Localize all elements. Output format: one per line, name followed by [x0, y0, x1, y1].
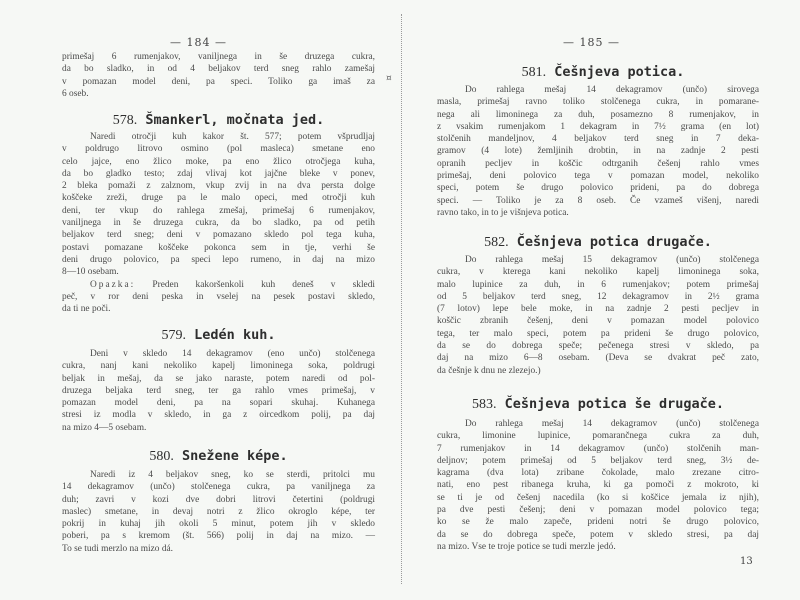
text-line: na mizo 4—5 osebam. [62, 422, 375, 434]
text-line: stolčenih mandeljnov, 4 beljakov terd sn… [437, 133, 759, 145]
signature-mark: 13 [740, 556, 753, 567]
text-line: tega, ter malo speci, potem pa prideni š… [437, 328, 759, 340]
text-line: cukra, v kterega kani nekoliko kapelj li… [437, 266, 759, 278]
text-line: pomazan model deni, pa na sopari skuhaj.… [62, 397, 375, 409]
text-line: To se tudi merzlo na mizo dá. [62, 543, 375, 555]
text-line: Naredi iz 4 beljakov sneg, ko se sterdi,… [62, 469, 375, 481]
recipe-heading-581: 581. Češnjeva potica. [443, 64, 763, 81]
text-line: deni drugo polovico, pa speci lepo rumen… [62, 254, 375, 266]
margin-mark: ¤ [386, 74, 392, 84]
text-line: opranih pecljev in koščic odtrganih češe… [437, 158, 759, 170]
text-line: 6 oseb. [62, 88, 375, 100]
text-line: 7 rumenjakov in 14 dekagramov (unčo) sto… [437, 443, 759, 455]
text-line: (7 lotov) lepe bele moke, in na zadnje 2… [437, 303, 759, 315]
page-gutter-divider [401, 14, 402, 584]
text-line: da bo gladko testo; zdaj vlivaj kot jajč… [62, 168, 375, 180]
recipe-heading-582: 582. Češnjeva potica drugače. [437, 234, 759, 251]
recipe-number: 581. [522, 65, 547, 80]
text-line: od 5 beljakov terd sneg, 12 dekagramov i… [437, 291, 759, 303]
text-line: da bo sladko, in od 4 beljakov terd sneg… [62, 63, 375, 75]
text-line: 14 dekagramov (unčo) stolčenega cukra, p… [62, 481, 375, 493]
note-label: Opazka: [90, 280, 135, 290]
intro-paragraph: primešaj 6 rumenjakov, vaniljnega in še … [62, 51, 375, 100]
text-line: Do rahlega mešaj 14 dekagramov (unčo) st… [437, 418, 759, 430]
text-line: daj na mizo 6—8 osebam. (Deva se dvakrat… [437, 352, 759, 364]
text-line: v pomazan model deni, pa speci. Toliko g… [62, 76, 375, 88]
text-line: da se do dobrega speče, potem v skledo s… [437, 529, 759, 541]
text-line: Do rahlega mešaj 15 dekagramov (unčo) st… [437, 254, 759, 266]
recipe-heading-580: 580. Snežene képe. [62, 448, 375, 465]
text-line: speci, potem še drugo polovico prideni, … [437, 182, 759, 194]
text-line: primešaj 6 rumenjakov, vaniljnega in še … [62, 51, 375, 63]
text-line: ravno tako, in to je višnjeva potica. [437, 207, 759, 219]
recipe-title: Češnjeva potica drugače. [517, 234, 712, 250]
text-line: z vsakim rumenjakom 1 dekagram in 7½ gra… [437, 121, 759, 133]
text-line: Naredi otročji kuh kakor št. 577; potem … [62, 131, 375, 143]
text-line: poberi, pa s kremom (št. 566) polij in d… [62, 530, 375, 542]
text-line: postavi pomazane koščeke pokonca sem in … [62, 242, 375, 254]
note-text: Preden kakoršenkoli kuh deneš v skledi [152, 280, 375, 290]
text-line: ko se že malo zapeče, prideni notri še d… [437, 516, 759, 528]
text-line: koščeke zreži, druge pa le malo opeci, m… [62, 192, 375, 204]
text-line: pa dve pesti češenj; deni v pomazan mode… [437, 504, 759, 516]
recipe-body-583: Do rahlega mešaj 14 dekagramov (unčo) st… [437, 418, 759, 553]
text-line: beljak in mešaj, da se jako naraste, pot… [62, 373, 375, 385]
text-line: cukra, nanj kani nekoliko kapelj limonin… [62, 360, 375, 372]
text-line: speci. — Toliko je za 8 oseb. Če vzameš … [437, 195, 759, 207]
text-line: 2 bleka pomaži z zalznom, vkup zvij in n… [62, 180, 375, 192]
right-page: — 185 — 581. Češnjeva potica. Do rahlega… [405, 0, 800, 600]
text-line: Deni v skledo 14 dekagramov (eno unčo) s… [62, 348, 375, 360]
text-line: beljakov terd sneg; deni v pomazano skle… [62, 229, 375, 241]
text-line: nega ali limoninega za duh, posamezno 8 … [437, 109, 759, 121]
text-line: peč, v ror deni peska in vselej na pesek… [62, 291, 375, 303]
recipe-title: Češnjeva potica še drugače. [505, 396, 724, 412]
page-number: — 185 — [563, 36, 620, 49]
recipe-title: Šmankerl, močnata jed. [145, 112, 324, 128]
text-line: na mizo. Vse te troje potice se tudi mer… [437, 541, 759, 553]
text-line: duh; zavri v kozi dve dobri litrovi čete… [62, 494, 375, 506]
text-line: primešaj, deni polovico tega v pomazan m… [437, 170, 759, 182]
text-line: masla, primešaj ravno toliko stolčenega … [437, 96, 759, 108]
text-line: da se do dobrega speče; pečenega stresi … [437, 340, 759, 352]
recipe-title: Ledén kuh. [194, 327, 275, 343]
recipe-title: Snežene képe. [182, 448, 288, 464]
text-line: celo jajce, eno žlico moke, pa eno žlico… [62, 156, 375, 168]
text-line: malo lupinice za duh, in 6 rumenjakov; p… [437, 279, 759, 291]
page-number: — 184 — [170, 36, 227, 49]
text-line: deni, ter vkup do rahlega zmešaj, primeš… [62, 205, 375, 217]
recipe-body-582: Do rahlega mešaj 15 dekagramov (unčo) st… [437, 254, 759, 377]
text-line: stresi iz modla v skledo, in ga z oirced… [62, 409, 375, 421]
text-line: se ti je od češenj nacedila (ko si košči… [437, 492, 759, 504]
text-line: maslec) smetane, in devaj notri z žlico … [62, 506, 375, 518]
text-line: druzega beljaka terd sneg, ter ga rahlo … [62, 385, 375, 397]
recipe-body-580: Naredi iz 4 beljakov sneg, ko se sterdi,… [62, 469, 375, 555]
recipe-heading-578: 578. Šmankerl, močnata jed. [62, 112, 375, 129]
text-line: da češnje k dnu ne zlezejo.) [437, 365, 759, 377]
recipe-number: 580. [149, 449, 174, 464]
recipe-title: Češnjeva potica. [554, 64, 684, 80]
recipe-body-581: Do rahlega mešaj 14 dekagramov (unčo) si… [437, 84, 759, 219]
left-page: — 184 — primešaj 6 rumenjakov, vaniljneg… [0, 0, 400, 600]
text-line: 8—10 osebam. [62, 266, 375, 278]
text-line: pokrij in kuhaj jih okoli 5 minut, potem… [62, 518, 375, 530]
text-line: vaniljnega in še druzega cukra, da bo sl… [62, 217, 375, 229]
recipe-heading-583: 583. Češnjeva potica še drugače. [437, 396, 759, 413]
text-line: da ti ne poči. [62, 303, 375, 315]
recipe-body-579: Deni v skledo 14 dekagramov (eno unčo) s… [62, 348, 375, 434]
recipe-number: 579. [162, 328, 187, 343]
text-line: Do rahlega mešaj 14 dekagramov (unčo) si… [437, 84, 759, 96]
recipe-body-578: Naredi otročji kuh kakor št. 577; potem … [62, 131, 375, 315]
recipe-number: 583. [472, 397, 497, 412]
note-line: Opazka: Preden kakoršenkoli kuh deneš v … [62, 279, 375, 291]
recipe-heading-579: 579. Ledén kuh. [62, 327, 375, 344]
text-line: v poldrugo litrovo osmino (pol masleca) … [62, 143, 375, 155]
text-line: cukra, limonine lupinice, pomarančnega c… [437, 430, 759, 442]
recipe-number: 578. [113, 113, 138, 128]
text-line: gramov (4 lote) žemljinih drobtin, in na… [437, 145, 759, 157]
recipe-number: 582. [484, 235, 509, 250]
text-line: koščic zbranih češenj, deni v pomazan mo… [437, 315, 759, 327]
text-line: deljnov; potem primešaj od 5 beljakov te… [437, 455, 759, 467]
text-line: nati, eno pest ribanega kruha, ki ga pom… [437, 479, 759, 491]
text-line: kagrama (dva lota) zribane čokolade, mal… [437, 467, 759, 479]
